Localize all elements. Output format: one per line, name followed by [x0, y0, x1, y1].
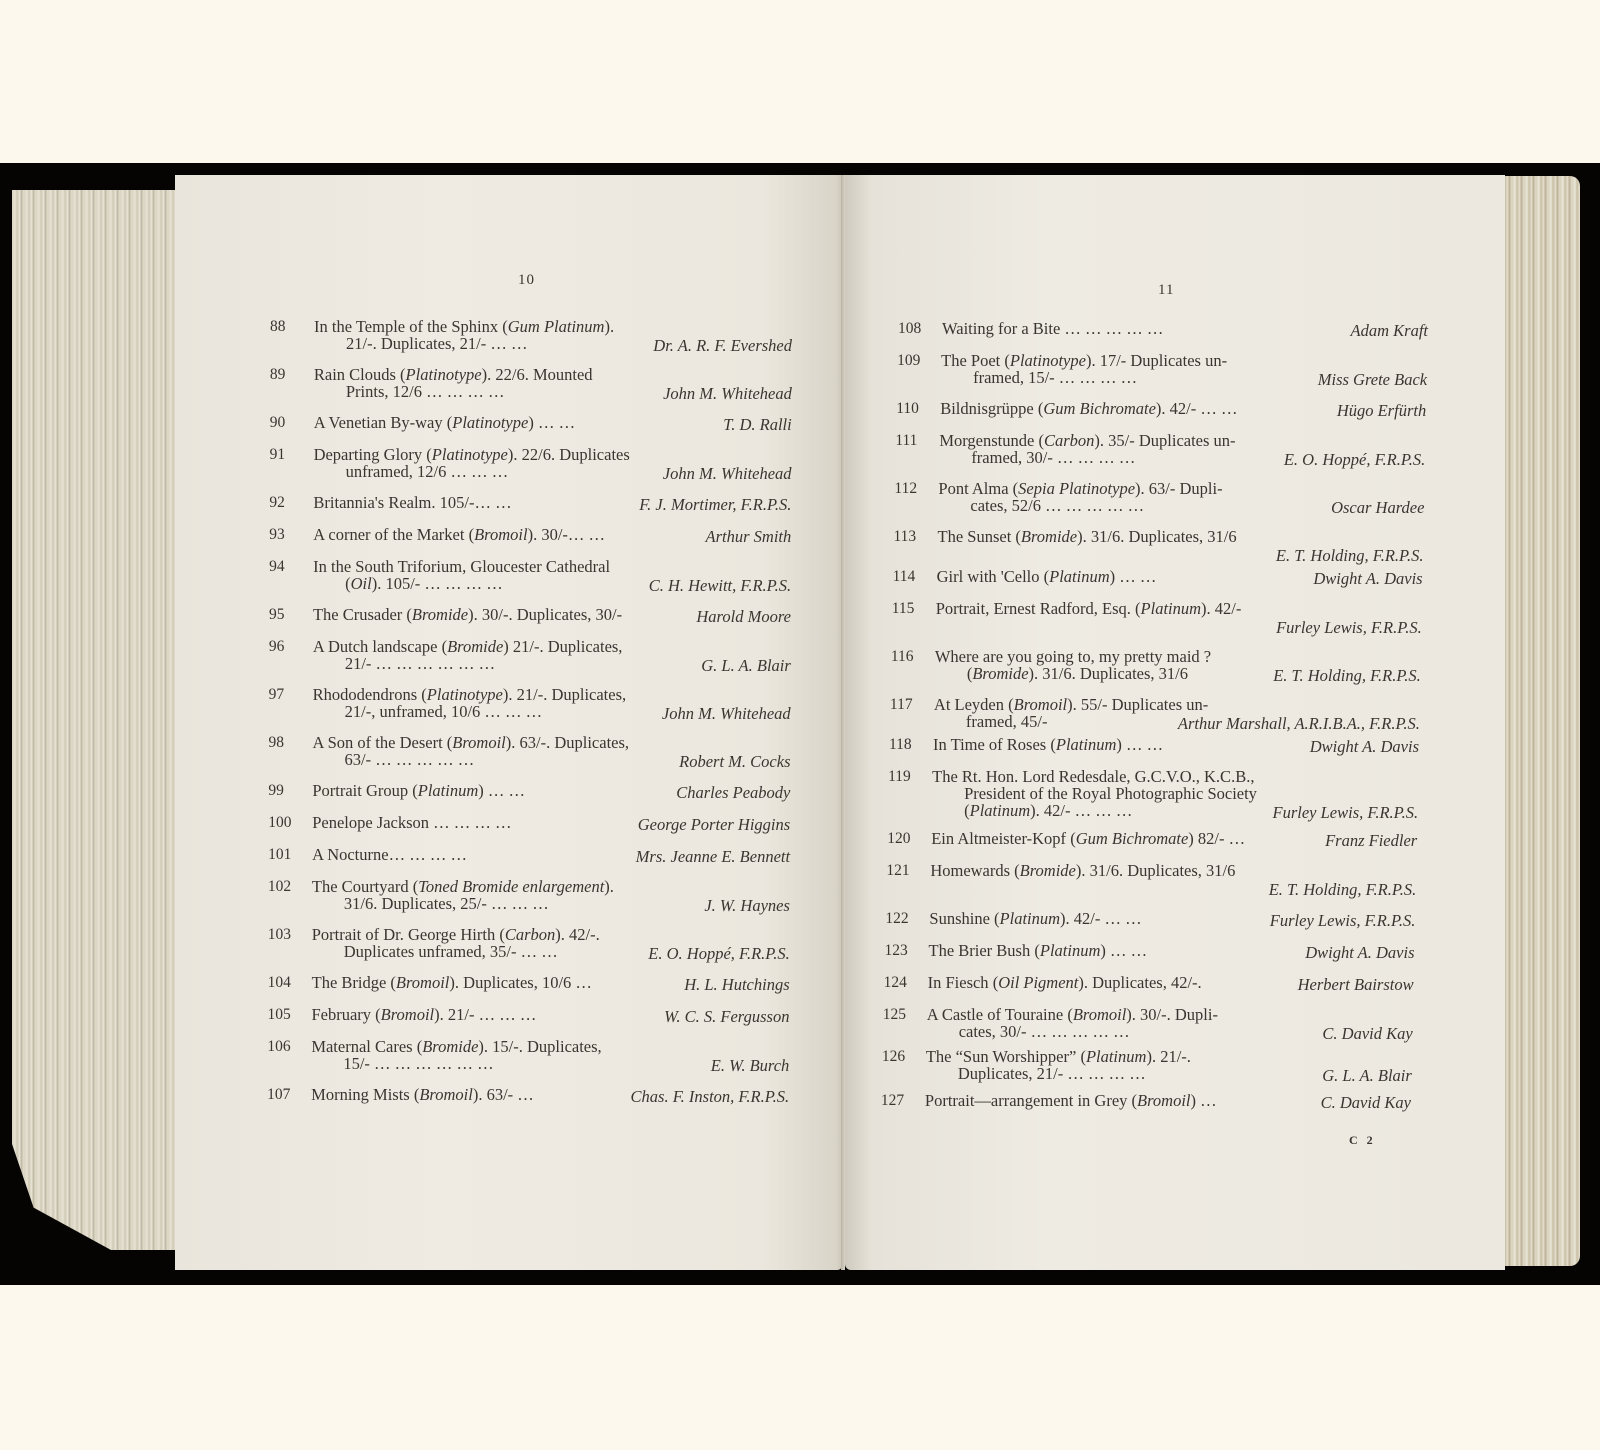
- entry-artist: E. O. Hoppé, F.R.P.S.: [648, 945, 789, 962]
- catalogue-entry: 125A Castle of Touraine (Bromoil). 30/-.…: [883, 1006, 1413, 1040]
- entry-title: The “Sun Worshipper” (Platinum). 21/-.: [926, 1048, 1412, 1065]
- entry-number: 103: [268, 926, 291, 943]
- entry-artist: John M. Whitehead: [663, 465, 792, 482]
- entry-artist: Dwight A. Davis: [1313, 570, 1422, 587]
- entry-artist: Dwight A. Davis: [1305, 944, 1414, 961]
- entry-number: 94: [269, 558, 285, 575]
- entry-title: Rhododendrons (Platinotype). 21/-. Dupli…: [313, 686, 791, 703]
- entry-number: 107: [267, 1086, 290, 1103]
- entry-detail: President of the Royal Photographic Soci…: [964, 785, 1418, 802]
- entry-title: The Sunset (Bromide). 31/6. Duplicates, …: [938, 528, 1424, 545]
- entry-title: Maternal Cares (Bromide). 15/-. Duplicat…: [311, 1038, 789, 1055]
- catalogue-entry: 121Homewards (Bromide). 31/6. Duplicates…: [886, 862, 1416, 879]
- catalogue-entry: 90A Venetian By-way (Platinotype) … …T. …: [270, 414, 792, 431]
- entry-artist: Chas. F. Inston, F.R.P.S.: [631, 1088, 790, 1105]
- catalogue-entry: 101A Nocturne… … … …Mrs. Jeanne E. Benne…: [268, 846, 790, 863]
- catalogue-entry: 95The Crusader (Bromide). 30/-. Duplicat…: [269, 606, 791, 623]
- page-edges-left: [12, 190, 192, 1250]
- entry-number: 91: [270, 446, 286, 463]
- left-page-number: 10: [518, 272, 535, 289]
- entry-number: 100: [268, 814, 291, 831]
- entry-title: Homewards (Bromide). 31/6. Duplicates, 3…: [930, 862, 1416, 879]
- entry-number: 120: [887, 830, 910, 847]
- entry-title: Departing Glory (Platinotype). 22/6. Dup…: [314, 446, 792, 463]
- entry-number: 106: [267, 1038, 290, 1055]
- entry-number: 97: [269, 686, 285, 703]
- entry-number: 102: [268, 878, 291, 895]
- catalogue-entry: 124In Fiesch (Oil Pigment). Duplicates, …: [884, 974, 1414, 991]
- page-edges-right: [1500, 176, 1580, 1266]
- entry-artist: John M. Whitehead: [662, 705, 791, 722]
- entry-artist: E. T. Holding, F.R.P.S.: [1276, 547, 1424, 564]
- entry-artist: G. L. A. Blair: [701, 657, 791, 674]
- entry-number: 113: [894, 528, 917, 545]
- entry-title: Where are you going to, my pretty maid ?: [935, 648, 1421, 665]
- catalogue-entry: 127Portrait—arrangement in Grey (Bromoil…: [881, 1092, 1411, 1109]
- catalogue-entry: 126The “Sun Worshipper” (Platinum). 21/-…: [882, 1048, 1412, 1082]
- entry-artist: Hügo Erfürth: [1337, 402, 1426, 419]
- entry-artist: C. David Kay: [1321, 1094, 1411, 1111]
- entry-number: 110: [896, 400, 919, 417]
- entry-artist: Dr. A. R. F. Evershed: [653, 337, 792, 354]
- entry-artist: G. L. A. Blair: [1322, 1067, 1412, 1084]
- entry-artist: Oscar Hardee: [1331, 499, 1424, 516]
- catalogue-entry: 112Pont Alma (Sepia Platinotype). 63/- D…: [894, 480, 1424, 514]
- entry-number: 114: [893, 568, 916, 585]
- catalogue-entry: 123The Brier Bush (Platinum) … …Dwight A…: [885, 942, 1415, 959]
- entry-artist: Furley Lewis, F.R.P.S.: [1276, 619, 1422, 636]
- entry-number: 122: [885, 910, 908, 927]
- entry-artist: E. O. Hoppé, F.R.P.S.: [1284, 451, 1425, 468]
- entry-number: 105: [267, 1006, 290, 1023]
- entry-title: A Venetian By-way (Platinotype) … …: [314, 414, 792, 431]
- right-page-number: 11: [1158, 282, 1174, 299]
- catalogue-entry: 103Portrait of Dr. George Hirth (Carbon)…: [268, 926, 790, 960]
- catalogue-entry: 93A corner of the Market (Bromoil). 30/-…: [269, 526, 791, 543]
- entry-artist: Charles Peabody: [676, 784, 790, 801]
- catalogue-entry: 106Maternal Cares (Bromide). 15/-. Dupli…: [267, 1038, 789, 1072]
- entry-number: 118: [889, 736, 912, 753]
- entry-number: 125: [883, 1006, 906, 1023]
- entry-artist: George Porter Higgins: [638, 816, 790, 833]
- catalogue-entry: 113The Sunset (Bromide). 31/6. Duplicate…: [894, 528, 1424, 545]
- entry-artist: E. W. Burch: [711, 1057, 790, 1074]
- catalogue-entry: 94In the South Triforium, Gloucester Cat…: [269, 558, 791, 592]
- entry-title: At Leyden (Bromoil). 55/- Duplicates un-: [934, 696, 1420, 713]
- entry-number: 108: [898, 320, 921, 337]
- entry-title: Morgenstunde (Carbon). 35/- Duplicates u…: [939, 432, 1425, 449]
- entry-title: A Castle of Touraine (Bromoil). 30/-. Du…: [927, 1006, 1413, 1023]
- entry-artist: John M. Whitehead: [663, 385, 792, 402]
- entry-number: 126: [882, 1048, 905, 1065]
- catalogue-entry: 115Portrait, Ernest Radford, Esq. (Plati…: [892, 600, 1422, 617]
- entry-number: 121: [886, 862, 909, 879]
- entry-title: Portrait, Ernest Radford, Esq. (Platinum…: [936, 600, 1422, 617]
- entry-number: 90: [270, 414, 286, 431]
- entry-artist: E. T. Holding, F.R.P.S.: [1273, 667, 1421, 684]
- entry-number: 115: [892, 600, 915, 617]
- catalogue-entry: 100Penelope Jackson … … … …George Porter…: [268, 814, 790, 831]
- catalogue-entry: 97Rhododendrons (Platinotype). 21/-. Dup…: [269, 686, 791, 720]
- entry-number: 127: [881, 1092, 904, 1109]
- entry-artist: Miss Grete Back: [1318, 371, 1427, 388]
- catalogue-entry: 122Sunshine (Platinum). 42/- … …Furley L…: [885, 910, 1415, 927]
- catalogue-entry: 114Girl with 'Cello (Platinum) … …Dwight…: [893, 568, 1423, 585]
- catalogue-entry: 102The Courtyard (Toned Bromide enlargem…: [268, 878, 790, 912]
- entry-title: The Rt. Hon. Lord Redesdale, G.C.V.O., K…: [932, 768, 1418, 785]
- catalogue-entry: 88In the Temple of the Sphinx (Gum Plati…: [270, 318, 792, 352]
- entry-artist: F. J. Mortimer, F.R.P.S.: [639, 496, 791, 513]
- entry-title: The Poet (Platinotype). 17/- Duplicates …: [941, 352, 1427, 369]
- catalogue-entry: 107Morning Mists (Bromoil). 63/- …Chas. …: [267, 1086, 789, 1103]
- entry-number: 96: [269, 638, 285, 655]
- entry-artist: T. D. Ralli: [723, 416, 791, 433]
- entry-artist: C. David Kay: [1322, 1025, 1412, 1042]
- entry-title: Portrait of Dr. George Hirth (Carbon). 4…: [312, 926, 790, 943]
- entry-title: Pont Alma (Sepia Platinotype). 63/- Dupl…: [938, 480, 1424, 497]
- entry-number: 116: [891, 648, 914, 665]
- entry-number: 111: [895, 432, 917, 449]
- entry-number: 101: [268, 846, 291, 863]
- entry-artist: J. W. Haynes: [704, 897, 790, 914]
- entry-number: 124: [884, 974, 907, 991]
- entry-title: Rain Clouds (Platinotype). 22/6. Mounted: [314, 366, 792, 383]
- catalogue-entry: 108Waiting for a Bite … … … … …Adam Kraf…: [898, 320, 1428, 337]
- catalogue-entry: 111Morgenstunde (Carbon). 35/- Duplicate…: [895, 432, 1425, 466]
- entry-number: 93: [269, 526, 285, 543]
- catalogue-entry: 92Britannia's Realm. 105/-… …F. J. Morti…: [269, 494, 791, 511]
- entry-artist: Adam Kraft: [1351, 322, 1428, 339]
- entry-number: 89: [270, 366, 286, 383]
- entry-artist: Furley Lewis, F.R.P.S.: [1273, 804, 1419, 821]
- entry-number: 95: [269, 606, 285, 623]
- entry-number: 98: [269, 734, 285, 751]
- entry-number: 99: [268, 782, 284, 799]
- catalogue-entry: 104The Bridge (Bromoil). Duplicates, 10/…: [268, 974, 790, 991]
- catalogue-entry: 110Bildnisgrüppe (Gum Bichromate). 42/- …: [896, 400, 1426, 417]
- entry-artist: Arthur Marshall, A.R.I.B.A., F.R.P.S.: [1178, 715, 1420, 732]
- entry-artist: C. H. Hewitt, F.R.P.S.: [649, 577, 791, 594]
- entry-title: A Dutch landscape (Bromide) 21/-. Duplic…: [313, 638, 791, 655]
- entry-title: In the South Triforium, Gloucester Cathe…: [313, 558, 791, 575]
- entry-number: 104: [268, 974, 291, 991]
- entry-artist: W. C. S. Fergusson: [664, 1008, 789, 1025]
- entry-number: 112: [894, 480, 917, 497]
- entry-title: In the Temple of the Sphinx (Gum Platinu…: [314, 318, 792, 335]
- entry-number: 88: [270, 318, 286, 335]
- catalogue-entry: 105February (Bromoil). 21/- … … …W. C. S…: [267, 1006, 789, 1023]
- entry-artist: Arthur Smith: [706, 528, 792, 545]
- entry-number: 123: [885, 942, 908, 959]
- catalogue-entry: 91Departing Glory (Platinotype). 22/6. D…: [270, 446, 792, 480]
- catalogue-entry: 98A Son of the Desert (Bromoil). 63/-. D…: [269, 734, 791, 768]
- entry-artist: Mrs. Jeanne E. Bennett: [636, 848, 790, 865]
- catalogue-entry: 96A Dutch landscape (Bromide) 21/-. Dupl…: [269, 638, 791, 672]
- entry-title: A Son of the Desert (Bromoil). 63/-. Dup…: [313, 734, 791, 751]
- entry-number: 119: [888, 768, 911, 785]
- entry-artist: Furley Lewis, F.R.P.S.: [1270, 912, 1416, 929]
- entry-number: 92: [269, 494, 285, 511]
- entry-artist: Harold Moore: [696, 608, 791, 625]
- entry-artist: Franz Fiedler: [1325, 832, 1417, 849]
- entry-artist: Herbert Bairstow: [1298, 976, 1414, 993]
- entry-artist: Dwight A. Davis: [1310, 738, 1419, 755]
- catalogue-entry: 99Portrait Group (Platinum) … …Charles P…: [268, 782, 790, 799]
- catalogue-entry: 120Ein Altmeister-Kopf (Gum Bichromate) …: [887, 830, 1417, 847]
- signature-mark: C 2: [1349, 1133, 1376, 1148]
- catalogue-entry: 118In Time of Roses (Platinum) … …Dwight…: [889, 736, 1419, 753]
- catalogue-entry: 109The Poet (Platinotype). 17/- Duplicat…: [897, 352, 1427, 386]
- entry-title: The Courtyard (Toned Bromide enlargement…: [312, 878, 790, 895]
- entry-artist: Robert M. Cocks: [679, 753, 790, 770]
- catalogue-entry: 117At Leyden (Bromoil). 55/- Duplicates …: [890, 696, 1420, 730]
- entry-artist: E. T. Holding, F.R.P.S.: [1269, 881, 1417, 898]
- catalogue-entry: 89Rain Clouds (Platinotype). 22/6. Mount…: [270, 366, 792, 400]
- entry-number: 109: [897, 352, 920, 369]
- entry-artist: H. L. Hutchings: [684, 976, 789, 993]
- entry-number: 117: [890, 696, 913, 713]
- catalogue-entry: 116Where are you going to, my pretty mai…: [891, 648, 1421, 682]
- catalogue-entry: 119The Rt. Hon. Lord Redesdale, G.C.V.O.…: [888, 768, 1418, 819]
